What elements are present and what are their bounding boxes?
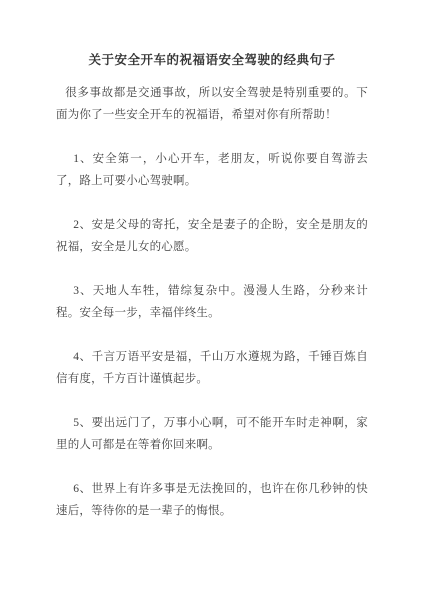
paragraph-item-3: 3、天地人车牲，错综复杂中。漫漫人生路，分秒来计程。安全每一步，幸福伴终生。: [56, 280, 368, 324]
paragraph-item-2: 2、安是父母的寄托，安全是妻子的企盼，安全是朋友的祝福，安全是儿女的心愿。: [56, 214, 368, 258]
paragraph-item-4: 4、千言万语平安是福，千山万水遵规为路，千锤百炼自信有度，千方百计谨慎起步。: [56, 346, 368, 390]
document-title: 关于安全开车的祝福语安全驾驶的经典句子: [56, 52, 368, 68]
paragraph-item-1: 1、安全第一，小心开车，老朋友，听说你要自驾游去了，路上可要小心驾驶啊。: [56, 148, 368, 192]
paragraph-item-5: 5、要出远门了，万事小心啊，可不能开车时走神啊，家里的人可都是在等着你回来啊。: [56, 412, 368, 456]
paragraph-item-6: 6、世界上有许多事是无法挽回的，也许在你几秒钟的快速后，等待你的是一辈子的悔恨。: [56, 478, 368, 522]
intro-paragraph: 很多事故都是交通事故，所以安全驾驶是特别重要的。下面为你了一些安全开车的祝福语，…: [56, 82, 368, 126]
document-page: 关于安全开车的祝福语安全驾驶的经典句子 很多事故都是交通事故，所以安全驾驶是特别…: [0, 0, 423, 600]
